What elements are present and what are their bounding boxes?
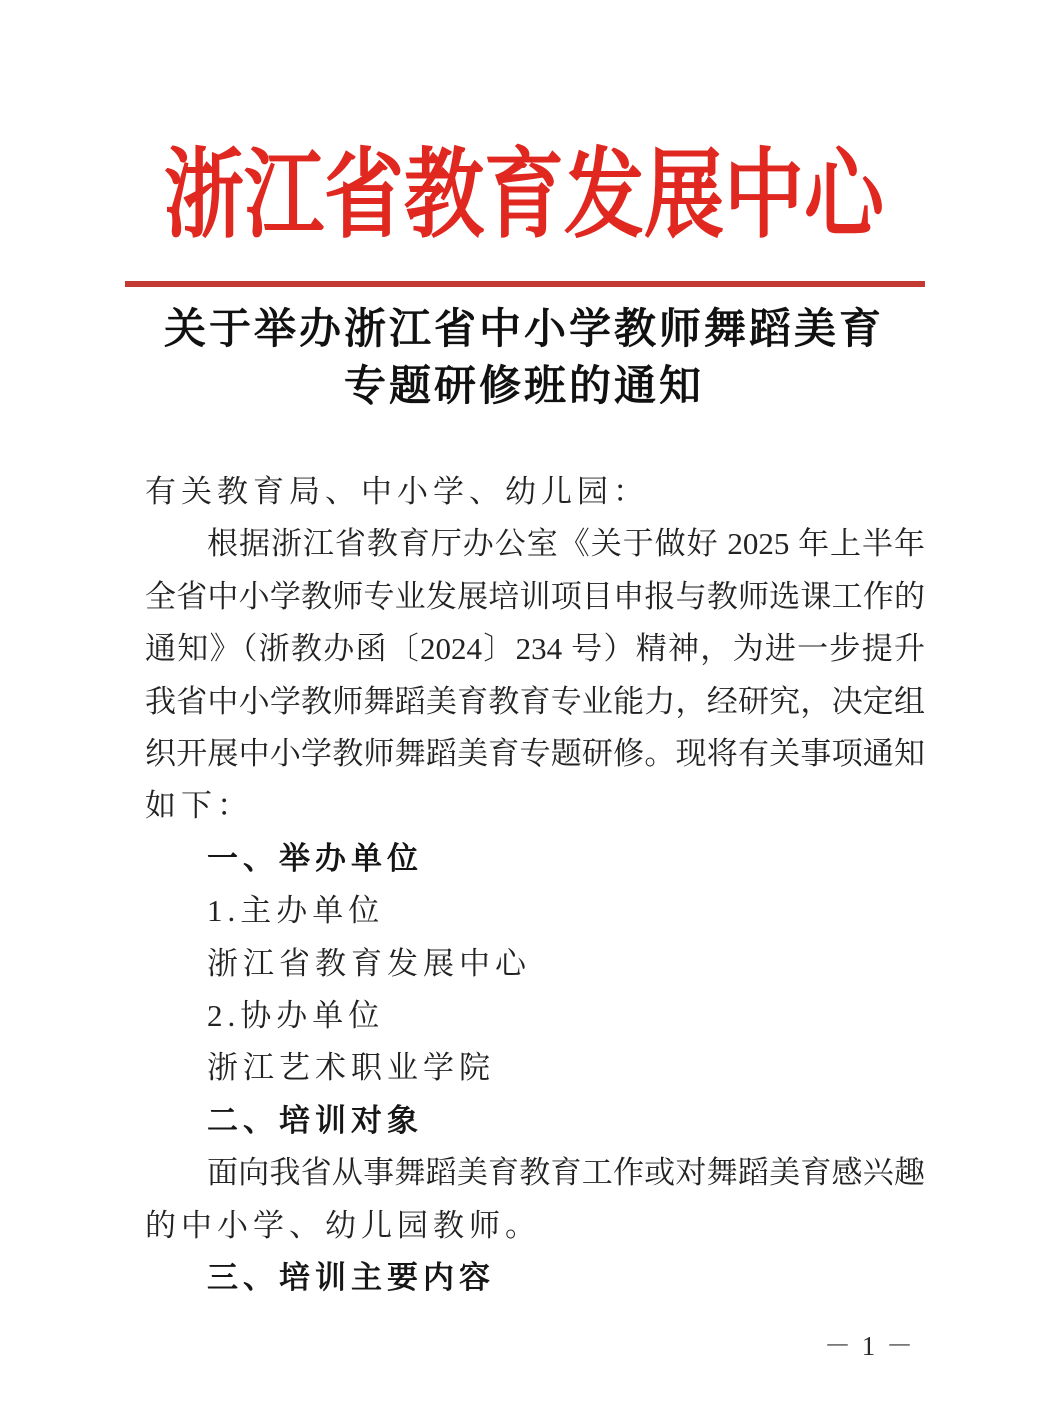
red-header-rule [125, 281, 925, 287]
salutation: 有关教育局、中小学、幼儿园： [145, 466, 925, 518]
trainees-line: 面向我省从事舞蹈美育教育工作或对舞蹈美育感兴趣 [145, 1147, 925, 1199]
intro-line: 织开展中小学教师舞蹈美育专题研修。现将有关事项通知 [145, 728, 925, 780]
intro-line: 根据浙江省教育厅办公室《关于做好 2025 年上半年 [145, 518, 925, 570]
section-heading-content: 三、培训主要内容 [145, 1252, 925, 1304]
section-heading-organizers: 一、举办单位 [145, 833, 925, 885]
organizer-item: 1.主办单位 [145, 885, 925, 937]
trainees-line: 的中小学、幼儿园教师。 [145, 1200, 925, 1252]
intro-line: 通知》（浙教办函〔2024〕234 号）精神，为进一步提升 [145, 623, 925, 675]
intro-line: 全省中小学教师专业发展培训项目申报与教师选课工作的 [145, 571, 925, 623]
section-heading-trainees: 二、培训对象 [145, 1095, 925, 1147]
organizer-item: 2.协办单位 [145, 990, 925, 1042]
document-title: 关于举办浙江省中小学教师舞蹈美育 专题研修班的通知 [134, 302, 914, 416]
document-title-line-2: 专题研修班的通知 [134, 359, 914, 416]
document-body: 有关教育局、中小学、幼儿园： 根据浙江省教育厅办公室《关于做好 2025 年上半… [145, 466, 925, 1305]
page-number: － 1 － [824, 1324, 915, 1363]
document-title-line-1: 关于举办浙江省中小学教师舞蹈美育 [134, 302, 914, 359]
letterhead-title: 浙江省教育发展中心 [0, 136, 1048, 258]
intro-line: 我省中小学教师舞蹈美育教育专业能力，经研究，决定组 [145, 676, 925, 728]
organizer-item: 浙江艺术职业学院 [145, 1042, 925, 1094]
document-page: 浙江省教育发展中心 关于举办浙江省中小学教师舞蹈美育 专题研修班的通知 有关教育… [0, 0, 1048, 1418]
organizer-item: 浙江省教育发展中心 [145, 938, 925, 990]
intro-line: 如下： [145, 780, 925, 832]
